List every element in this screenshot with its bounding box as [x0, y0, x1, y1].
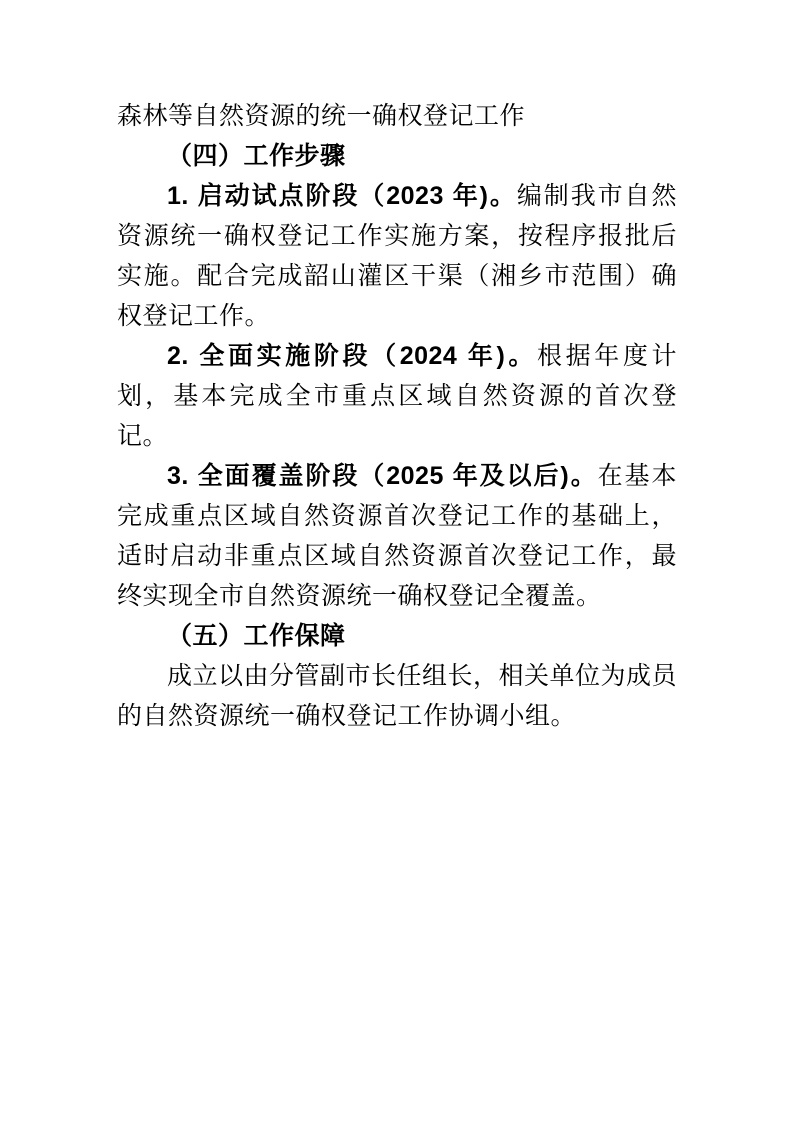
continuation-line: 森林等自然资源的统一确权登记工作	[117, 96, 677, 136]
step-3-paragraph: 3. 全面覆盖阶段（2025 年及以后)。在基本完成重点区域自然资源首次登记工作…	[117, 456, 677, 616]
bold-text-run: 1. 启动试点阶段（2023 年)。	[167, 182, 517, 210]
text-run: 成立以由分管副市长任组长，相关单位为成员的自然资源统一确权登记工作协调小组。	[117, 662, 677, 730]
bold-text-run: （五）工作保障	[167, 622, 346, 650]
text-run: 森林等自然资源的统一确权登记工作	[117, 102, 525, 130]
heading-section-5: （五）工作保障	[117, 616, 677, 656]
document-body: 森林等自然资源的统一确权登记工作（四）工作步骤1. 启动试点阶段（2023 年)…	[117, 96, 677, 736]
step-1-paragraph: 1. 启动试点阶段（2023 年)。编制我市自然资源统一确权登记工作实施方案，按…	[117, 176, 677, 336]
heading-section-4: （四）工作步骤	[117, 136, 677, 176]
safeguard-paragraph: 成立以由分管副市长任组长，相关单位为成员的自然资源统一确权登记工作协调小组。	[117, 656, 677, 736]
bold-text-run: 2. 全面实施阶段（2024 年)。	[167, 342, 537, 370]
bold-text-run: 3. 全面覆盖阶段（2025 年及以后)。	[167, 462, 598, 490]
bold-text-run: （四）工作步骤	[167, 142, 346, 170]
document-page: 森林等自然资源的统一确权登记工作（四）工作步骤1. 启动试点阶段（2023 年)…	[0, 0, 794, 1122]
step-2-paragraph: 2. 全面实施阶段（2024 年)。根据年度计划，基本完成全市重点区域自然资源的…	[117, 336, 677, 456]
